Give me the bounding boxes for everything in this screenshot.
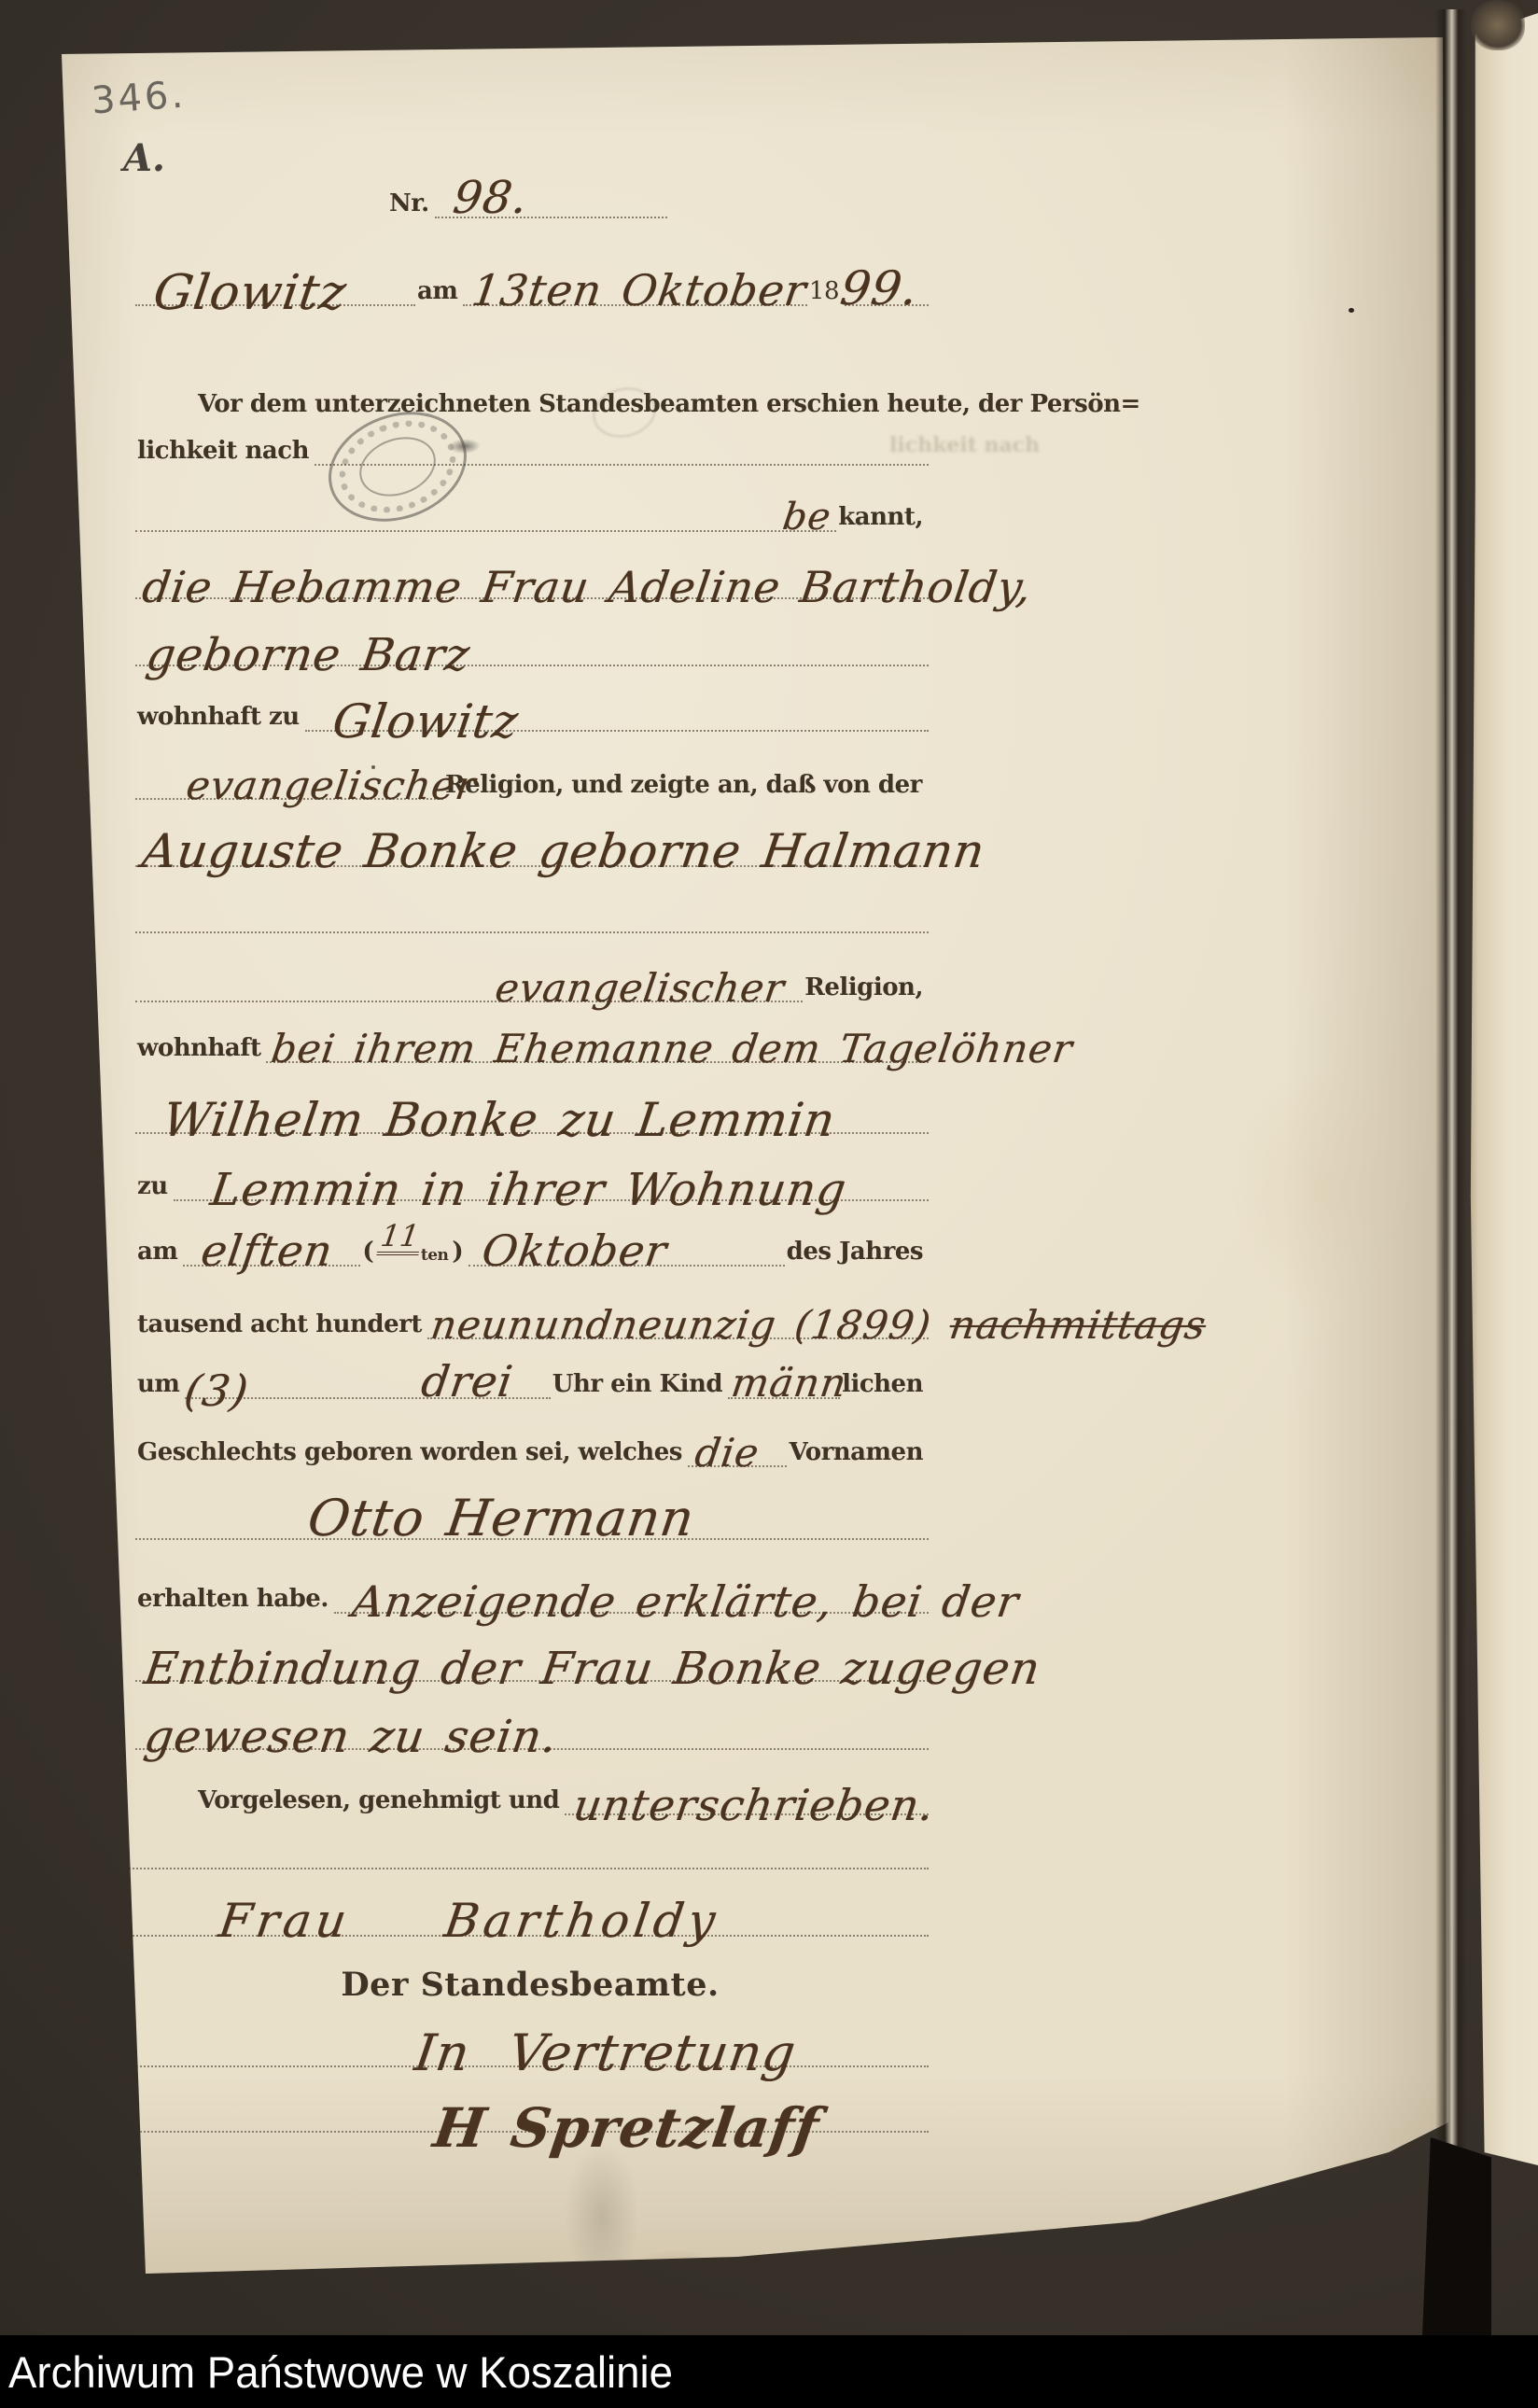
date-day-month: 13ten Oktober [469, 269, 809, 312]
spine-shadow-wedge [1422, 2137, 1491, 2337]
geschlechts-label: Geschlechts geboren worden sei, welches [135, 1440, 688, 1467]
gender-printed: lichen [840, 1372, 929, 1399]
year-suffix: 99. [837, 265, 921, 312]
note-line-2: Entbindung der Frau Bonke zugegen [135, 1641, 929, 1682]
date-blank-line: 13ten Oktober [463, 265, 807, 306]
gender-hand: männ [729, 1364, 849, 1403]
note-line-3: gewesen zu sein. [135, 1709, 929, 1750]
erhalten-row: erhalten habe. Anzeigende erklärte, bei … [135, 1575, 929, 1614]
am-label: am [415, 279, 463, 306]
archive-watermark-text: Archiwum Państwowe w Koszalinie [8, 2346, 673, 2398]
blank-line-1 [135, 892, 929, 933]
hour-word: drei [419, 1360, 516, 1403]
showthrough-ghost-text: lichkeit nach [889, 433, 1040, 457]
residence-label: wohnhaft zu [135, 705, 305, 732]
residence-row: wohnhaft zu Glowitz [135, 693, 929, 732]
known-row: be kannt, [135, 493, 929, 532]
vertretung-line: In Vertretung [107, 2026, 929, 2067]
note-text-1: Anzeigende erklärte, bei der [350, 1580, 1022, 1623]
declarant-signature-line: Frau Bartholdy [107, 1896, 929, 1937]
smudge-stain [565, 2141, 639, 2290]
birth-month-line: Oktober [468, 1225, 784, 1267]
place-date-row: Glowitz am 13ten Oktober 18 99. [135, 267, 929, 306]
place-blank-line: Glowitz [135, 265, 415, 306]
tausend-label: tausend acht hundert [135, 1312, 427, 1339]
closing-label: Vorgelesen, genehmigt und [196, 1788, 565, 1815]
registrar-title-row: Der Standesbeamte. [135, 1965, 929, 2004]
birth-year-words: neunundneunzig (1899) nachmittags [428, 1306, 1209, 1345]
declarant-signature: Frau Bartholdy [216, 1897, 722, 1944]
birthdate-row: am elften ( 11 ten ) Oktober des Jahres [135, 1227, 929, 1267]
ten-suffix: ten [421, 1248, 451, 1267]
hour-numeral: (3) [182, 1369, 252, 1412]
closing-hand: unterschrieben. [571, 1784, 937, 1827]
scanned-birth-record-photo: 346. A. Nr. 98. Glowitz am 13ten Oktober… [0, 0, 1538, 2408]
father-name: Wilhelm Bonke zu Lemmin [160, 1097, 838, 1143]
residence2-value: bei ihrem Ehemanne dem Tagelöhner [270, 1029, 1076, 1069]
birth-year-line: neunundneunzig (1899) nachmittags [427, 1298, 929, 1339]
paren-close: ) [450, 1239, 468, 1267]
erhalten-label: erhalten habe. [135, 1587, 334, 1614]
geschlechts-row: Geschlechts geboren worden sei, welches … [135, 1428, 929, 1467]
birthplace-value: Lemmin in ihrer Wohnung [207, 1168, 848, 1212]
blank-row-2 [107, 1830, 929, 1869]
note-row-2: Entbindung der Frau Bonke zugegen [135, 1643, 929, 1682]
residence2-label: wohnhaft [135, 1036, 266, 1063]
vertretung-row: In Vertretung [107, 2028, 929, 2067]
year-blank-line: 99. [845, 265, 929, 306]
next-page-edge [1461, 13, 1538, 2165]
archive-watermark-bar: Archiwum Państwowe w Koszalinie [0, 2335, 1538, 2408]
note-line-1: Anzeigende erklärte, bei der [334, 1573, 929, 1614]
father-line: Wilhelm Bonke zu Lemmin [135, 1093, 929, 1134]
religion2-row: evangelischer Religion, [135, 963, 929, 1002]
nr-label: Nr. [387, 191, 435, 218]
nr-value: 98. [450, 175, 530, 220]
birth-year-text: neunundneunzig (1899) [427, 1302, 933, 1348]
record-number-row: Nr. 98. [387, 179, 667, 218]
note-row-3: gewesen zu sein. [135, 1711, 929, 1750]
book-spine-crease [1435, 9, 1467, 2167]
ink-speck-small [371, 765, 375, 769]
binding-fuzz [1471, 0, 1525, 50]
registrar-signature: H Spretzlaff [430, 2101, 822, 2155]
declarant-signature-row: Frau Bartholdy [107, 1897, 929, 1937]
pencil-page-number: 346. [91, 74, 188, 123]
religion2-label: Religion, [803, 975, 929, 1002]
residence-blank-line: Glowitz [305, 691, 929, 732]
note-text-3: gewesen zu sein. [142, 1715, 561, 1759]
time-of-day-struck: nachmittags [946, 1302, 1209, 1348]
blank-row-1 [135, 894, 929, 933]
religion2-value: evangelischer [493, 969, 787, 1008]
residence-value: Glowitz [329, 698, 521, 745]
birthplace-blank-line: Lemmin in ihrer Wohnung [174, 1160, 929, 1201]
mother-line: Auguste Bonke geborne Halmann [135, 826, 929, 867]
intro-line: Vor dem unterzeichneten Standesbeamten e… [196, 392, 1146, 419]
known-hand: be [780, 498, 833, 536]
des-jahres-label: des Jahres [785, 1239, 929, 1267]
uhr-label: Uhr ein Kind [551, 1372, 728, 1399]
note-text-2: Entbindung der Frau Bonke zugegen [142, 1646, 1043, 1691]
identity-row: lichkeit nach [135, 427, 929, 466]
declarant-line: die Hebamme Frau Adeline Bartholdy, [135, 558, 929, 599]
religion1-label: Religion, und zeigte an, daß von der [443, 773, 928, 800]
closing-row: Vorgelesen, genehmigt und unterschrieben… [196, 1776, 929, 1815]
registrar-title: Der Standesbeamte. [339, 1968, 724, 2004]
declarant-row: die Hebamme Frau Adeline Bartholdy, [135, 560, 929, 599]
maiden-name: geborne Barz [144, 633, 473, 678]
ink-speck [1349, 308, 1354, 313]
child-name: Otto Hermann [305, 1493, 698, 1544]
birthday-word-line: elften [183, 1225, 360, 1267]
register-page: 346. A. Nr. 98. Glowitz am 13ten Oktober… [56, 22, 1451, 2276]
maiden-line: geborne Barz [135, 625, 929, 666]
known-blank-line: be [135, 491, 836, 532]
vertretung-hand: In Vertretung [412, 2028, 799, 2079]
um-label: um [135, 1372, 185, 1399]
birth-month: Oktober [480, 1229, 670, 1272]
hour-line: (3) drei [185, 1358, 550, 1399]
zu-label: zu [135, 1174, 174, 1201]
identity-label: lichkeit nach [135, 439, 315, 466]
child-name-line: Otto Hermann [135, 1499, 929, 1540]
religion1-blank-line: evangelischer [135, 759, 443, 800]
mother-row: Auguste Bonke geborne Halmann [135, 828, 929, 867]
birth-day-word: elften [199, 1229, 336, 1272]
residence2-row: wohnhaft bei ihrem Ehemanne dem Tagelöhn… [135, 1024, 929, 1063]
father-row: Wilhelm Bonke zu Lemmin [135, 1095, 929, 1134]
article-hand: die [692, 1434, 762, 1473]
paper-discoloration [1232, 1068, 1400, 1310]
place-value: Glowitz [150, 269, 349, 317]
religion1-row: evangelischer Religion, und zeigte an, d… [135, 761, 929, 800]
blank-line-2 [107, 1828, 929, 1869]
form-series-letter: A. [123, 136, 165, 180]
birth-day-number: 11 [377, 1221, 424, 1255]
registrar-signature-line: H Spretzlaff [107, 2092, 929, 2133]
article-line: die [688, 1426, 788, 1467]
nr-blank-line: 98. [435, 177, 667, 218]
religion1-value: evangelischer [184, 766, 478, 805]
religion2-blank-line: evangelischer [135, 961, 803, 1002]
vornamen-label: Vornamen [787, 1440, 929, 1467]
gender-line: männ [728, 1358, 840, 1399]
stamp-ink-blot [449, 439, 482, 455]
birth-year-row: tausend acht hundert neunundneunzig (189… [135, 1300, 929, 1339]
child-name-row: Otto Hermann [135, 1501, 929, 1540]
bottom-stain [635, 2249, 719, 2281]
birthplace-row: zu Lemmin in ihrer Wohnung [135, 1162, 929, 1201]
intro-line-row: Vor dem unterzeichneten Standesbeamten e… [196, 380, 1146, 419]
maiden-name-row: geborne Barz [135, 627, 929, 666]
closing-line: unterschrieben. [565, 1774, 929, 1815]
known-printed: kannt, [836, 505, 929, 532]
residence2-blank-line: bei ihrem Ehemanne dem Tagelöhner [266, 1022, 929, 1063]
birth-hour-row: um (3) drei Uhr ein Kind männ lichen [135, 1360, 929, 1399]
declarant-name: die Hebamme Frau Adeline Bartholdy, [140, 566, 1035, 609]
am2-label: am [135, 1239, 183, 1267]
mother-name: Auguste Bonke geborne Halmann [139, 828, 987, 875]
registrar-signature-row: H Spretzlaff [107, 2093, 929, 2133]
